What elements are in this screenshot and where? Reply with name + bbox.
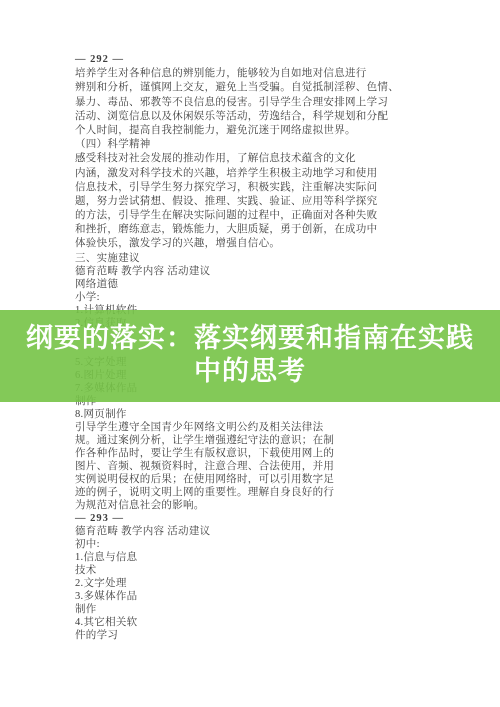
document-line: 内涵，激发对科学技术的兴趣，培养学生积极主动地学习和使用 <box>75 167 465 181</box>
page-number-marker: — 292 — <box>75 53 465 67</box>
title-overlay-band: 纲要的落实：落实纲要和指南在实践 中的思考 <box>0 310 500 402</box>
list-item: 制作 <box>75 603 465 616</box>
table-header-row: 德育范畴 教学内容 活动建议 <box>75 525 465 538</box>
table-header-row: 德育范畴 教学内容 活动建议 <box>75 265 465 278</box>
document-line: 个人时间，提高自我控制能力，避免沉迷于网络虚拟世界。 <box>75 124 465 138</box>
section-heading: 三、实施建议 <box>75 252 465 265</box>
document-line: 网络道德 <box>75 278 465 291</box>
overlay-title-line2: 中的思考 <box>0 355 500 388</box>
list-item: 技术 <box>75 564 465 577</box>
overlay-title-line1: 纲要的落实：落实纲要和指南在实践 <box>0 322 500 355</box>
document-line: 辨别和分析，谨慎网上交友，避免上当受骗。自觉抵制淫秽、色情、 <box>75 81 465 95</box>
document-line: 引导学生遵守全国青少年网络文明公约及相关法律法 <box>75 421 465 434</box>
page-number-marker: — 293 — <box>75 512 465 525</box>
list-item: 4.其它相关软 <box>75 616 465 629</box>
document-line: 的方法，引导学生在解决实际问题的过程中，正确面对各种失败 <box>75 209 465 223</box>
list-item: 8.网页制作 <box>75 408 465 421</box>
document-line: 和挫折，磨练意志，锻炼能力，大胆质疑，勇于创新，在成功中 <box>75 223 465 237</box>
list-item: 件的学习 <box>75 629 465 642</box>
list-item: 3.多媒体作品 <box>75 590 465 603</box>
document-line: 体验快乐，激发学习的兴趣，增强自信心。 <box>75 237 465 251</box>
document-line: 培养学生对各种信息的辨别能力，能够较为自如地对信息进行 <box>75 67 465 81</box>
document-line: 为规范对信息社会的影响。 <box>75 499 465 512</box>
document-line: 实例说明侵权的后果；在使用网络时，可以引用数字足 <box>75 473 465 486</box>
document-line: 初中: <box>75 538 465 551</box>
document-line: 作各种作品时，要让学生有版权意识，下载使用网上的 <box>75 447 465 460</box>
document-line: 小学: <box>75 291 465 304</box>
section-heading: （四）科学精神 <box>75 138 465 152</box>
document-line: 图片、音频、视频资料时，注意合理、合法使用，并用 <box>75 460 465 473</box>
document-line: 迹的例子，说明文明上网的重要性。理解自身良好的行 <box>75 486 465 499</box>
document-line: 规。通过案例分析，让学生增强遵纪守法的意识；在制 <box>75 434 465 447</box>
list-item: 2.文字处理 <box>75 577 465 590</box>
document-line: 题，努力尝试猜想、假设、推理、实践、验证、应用等科学探究 <box>75 195 465 209</box>
list-item: 1.信息与信息 <box>75 551 465 564</box>
document-line: 活动、浏览信息以及休闲娱乐等活动，劳逸结合，科学规划和分配 <box>75 110 465 124</box>
document-line: 信息技术，引导学生努力探究学习，积极实践，注重解决实际问 <box>75 181 465 195</box>
document-line: 暴力、毒品、邪教等不良信息的侵害。引导学生合理安排网上学习 <box>75 96 465 110</box>
document-line: 感受科技对社会发展的推动作用，了解信息技术蕴含的文化 <box>75 152 465 166</box>
